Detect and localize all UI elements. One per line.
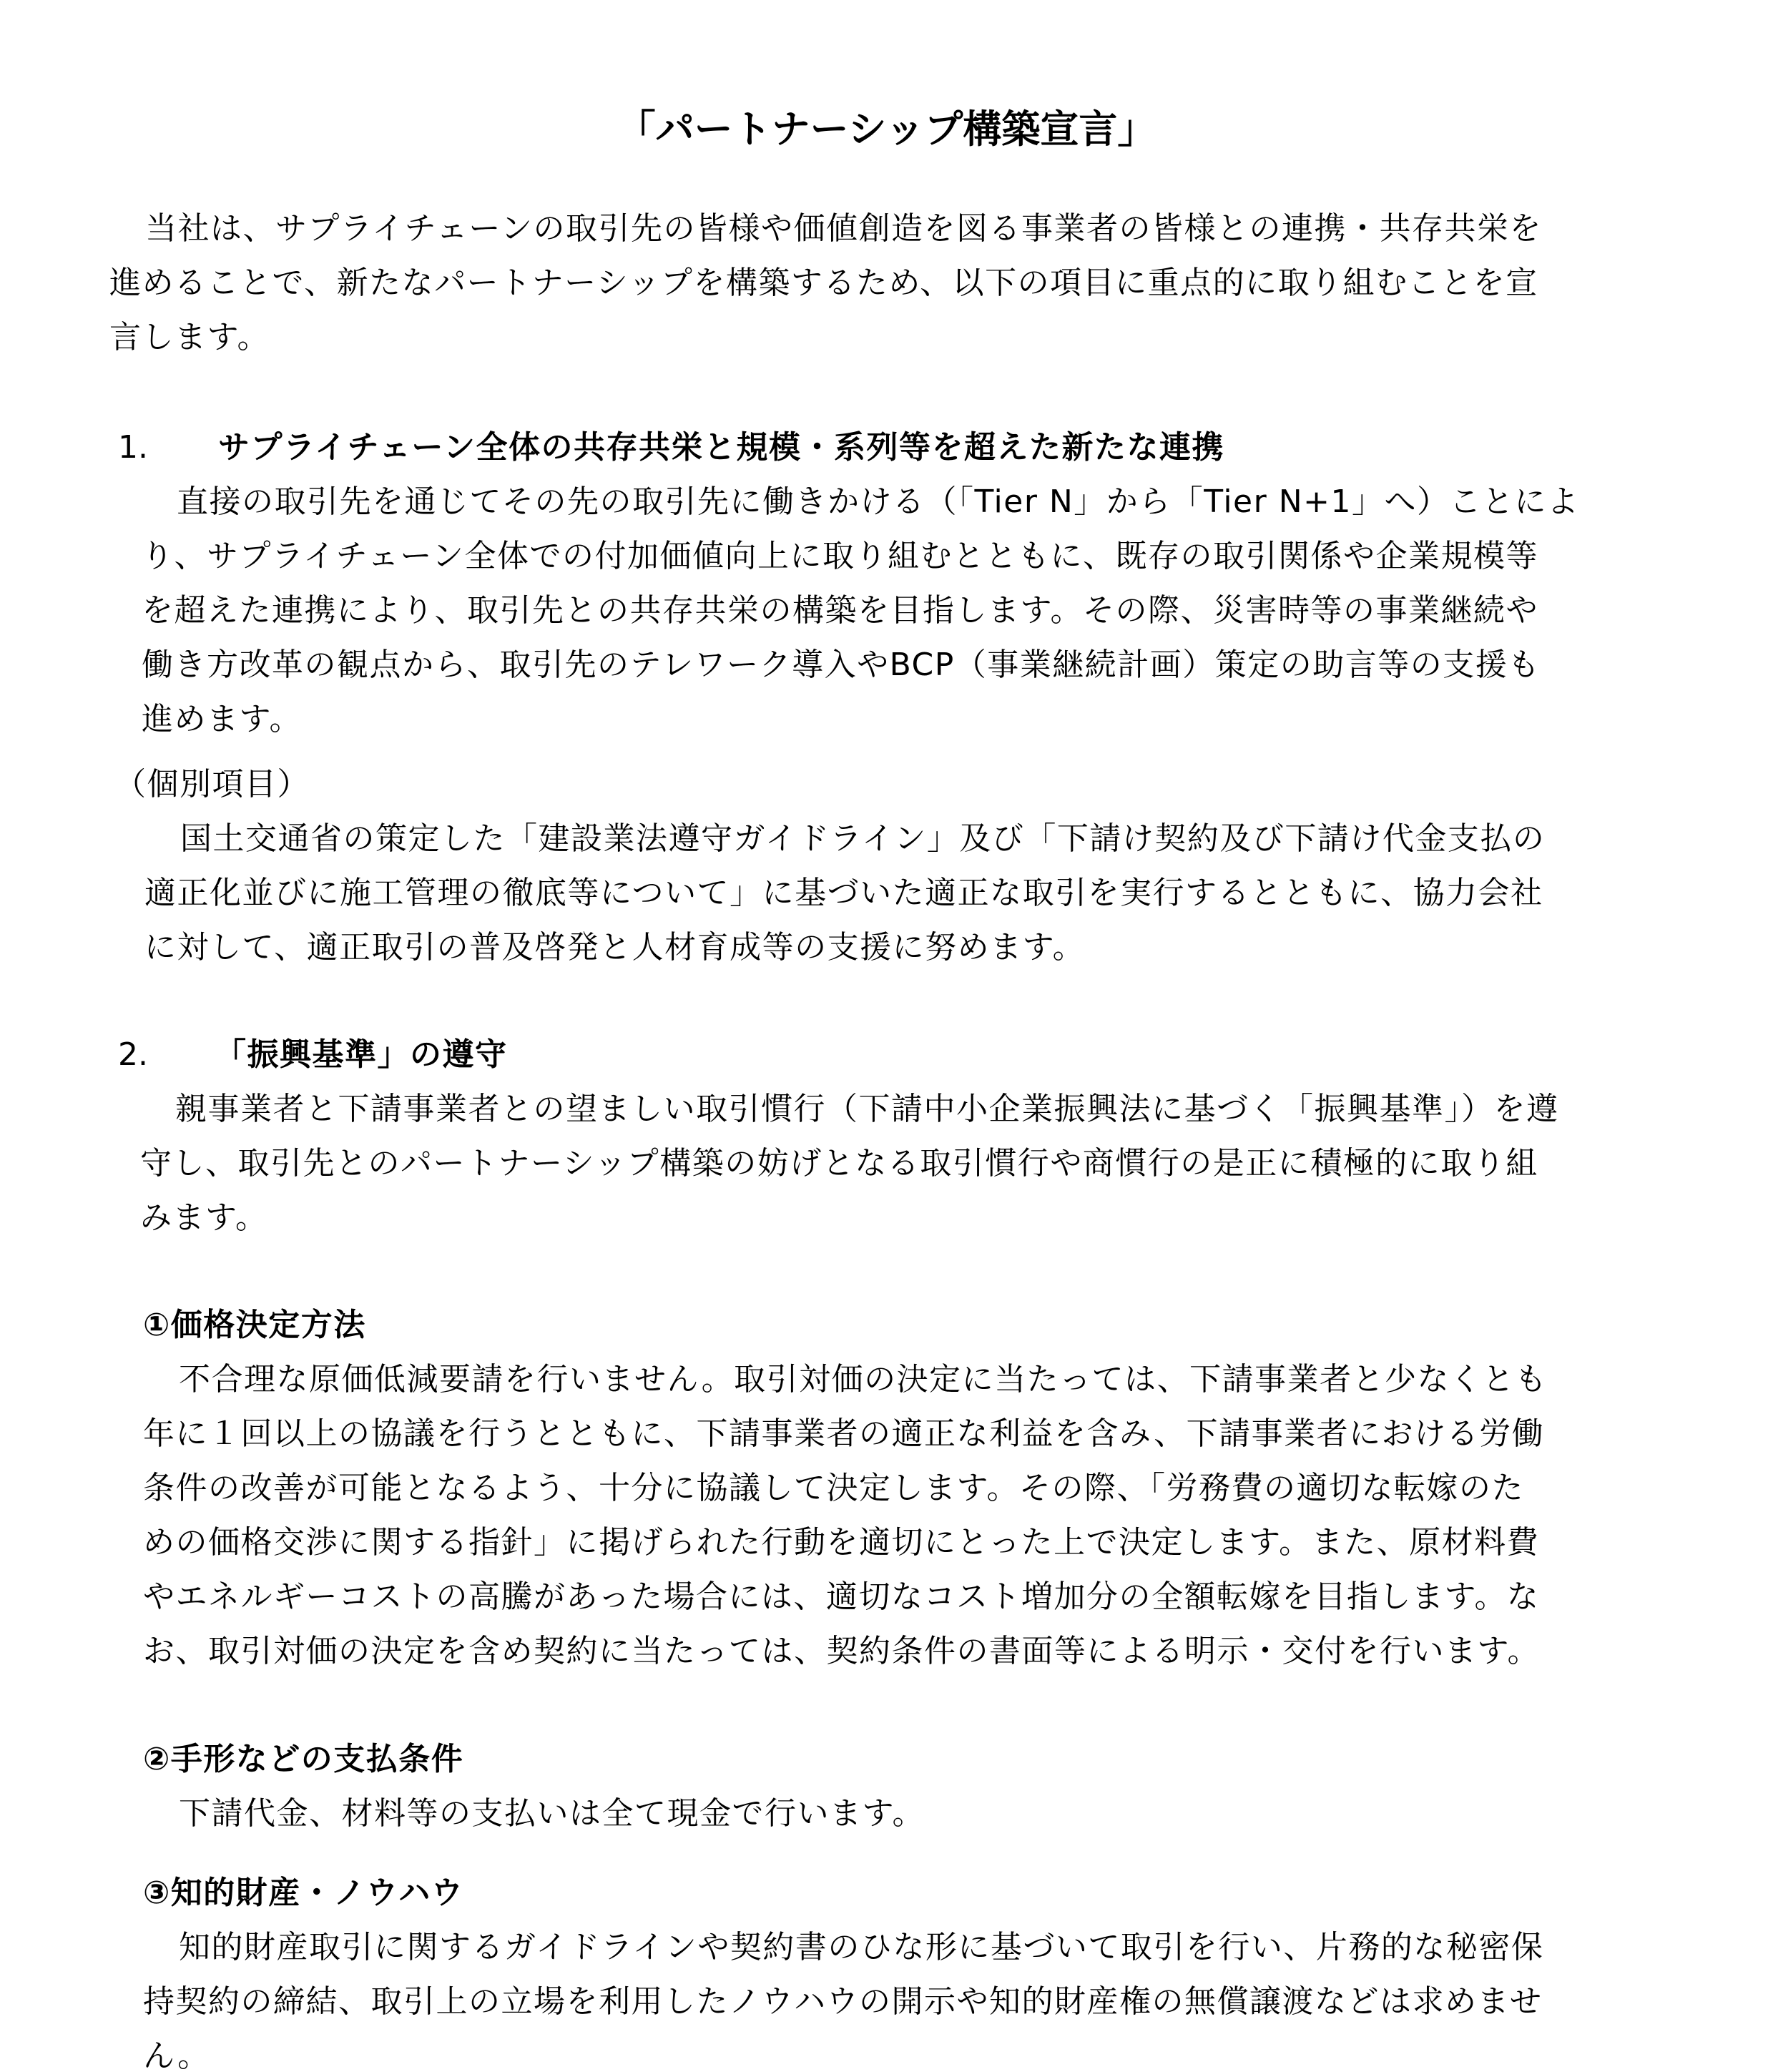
intro-line: 言します。 — [109, 316, 270, 359]
item-line: ん。 — [143, 2035, 210, 2072]
individual-items-line: に対して、適正取引の普及啓発と人材育成等の支援に努めます。 — [144, 926, 1085, 969]
section-number: 1. — [118, 426, 148, 469]
item-line: お、取引対価の決定を含め契約に当たっては、契約条件の書面等による明示・交付を行い… — [143, 1630, 1540, 1673]
section-body-line: みます。 — [140, 1197, 267, 1239]
item-heading: ③知的財産・ノウハウ — [143, 1872, 463, 1915]
item-heading: ①価格決定方法 — [143, 1304, 366, 1347]
section-body-line: 働き方改革の観点から、取引先のテレワーク導入やBCP（事業継続計画）策定の助言等… — [142, 644, 1541, 687]
item-line: 知的財産取引に関するガイドラインや契約書のひな形に基づいて取引を行い、片務的な秘… — [179, 1926, 1543, 1969]
section-body-line: り、サプライチェーン全体での付加価値向上に取り組むとともに、既存の取引関係や企業… — [142, 535, 1538, 578]
section-body-line: 進めます。 — [142, 698, 302, 741]
item-line: めの価格交渉に関する指針」に掲げられた行動を適切にとった上で決定します。また、原… — [143, 1521, 1539, 1564]
intro-line: 当社は、サプライチェーンの取引先の皆様や価値創造を図る事業者の皆様との連携・共存… — [145, 207, 1542, 250]
item-line: 持契約の締結、取引上の立場を利用したノウハウの開示や知的財産権の無償譲渡などは求… — [143, 1980, 1543, 2023]
individual-items-label: （個別項目） — [114, 763, 310, 806]
section-body-line: を超えた連携により、取引先との共存共栄の構築を目指します。その際、災害時等の事業… — [142, 589, 1538, 632]
item-line: 下請代金、材料等の支払いは全て現金で行います。 — [179, 1792, 925, 1835]
section-number: 2. — [118, 1033, 148, 1076]
section-body-line: 親事業者と下請事業者との望ましい取引慣行（下請中小企業振興法に基づく「振興基準」… — [175, 1088, 1559, 1131]
document-title: 「パートナーシップ構築宣言」 — [0, 99, 1773, 154]
item-line: 条件の改善が可能となるよう、十分に協議して決定します。その際、「労務費の適切な転… — [143, 1467, 1524, 1510]
item-line: やエネルギーコストの高騰があった場合には、適切なコスト増加分の全額転嫁を目指しま… — [143, 1576, 1540, 1619]
item-line: 年に１回以上の協議を行うとともに、下請事業者の適正な利益を含み、下請事業者におけ… — [143, 1413, 1544, 1455]
document-page: 「パートナーシップ構築宣言」 当社は、サプライチェーンの取引先の皆様や価値創造を… — [0, 0, 1773, 2072]
intro-line: 進めることで、新たなパートナーシップを構築するため、以下の項目に重点的に取り組む… — [109, 262, 1538, 305]
section-body-line: 直接の取引先を通じてその先の取引先に働きかける（「Tier N」から「Tier … — [177, 481, 1579, 524]
section-body-line: 守し、取引先とのパートナーシップ構築の妨げとなる取引慣行や商慣行の是正に積極的に… — [140, 1142, 1538, 1185]
individual-items-line: 国土交通省の策定した「建設業法遵守ガイドライン」及び「下請け契約及び下請け代金支… — [180, 817, 1545, 860]
individual-items-line: 適正化並びに施工管理の徹底等について」に基づいた適正な取引を実行するとともに、協… — [144, 872, 1543, 915]
section-heading: 「振興基準」の遵守 — [215, 1033, 508, 1076]
item-heading: ②手形などの支払条件 — [143, 1738, 463, 1781]
item-line: 不合理な原価低減要請を行いません。取引対価の決定に当たっては、下請事業者と少なく… — [179, 1358, 1548, 1401]
section-heading: サプライチェーン全体の共存共栄と規模・系列等を超えた新たな連携 — [218, 426, 1224, 469]
